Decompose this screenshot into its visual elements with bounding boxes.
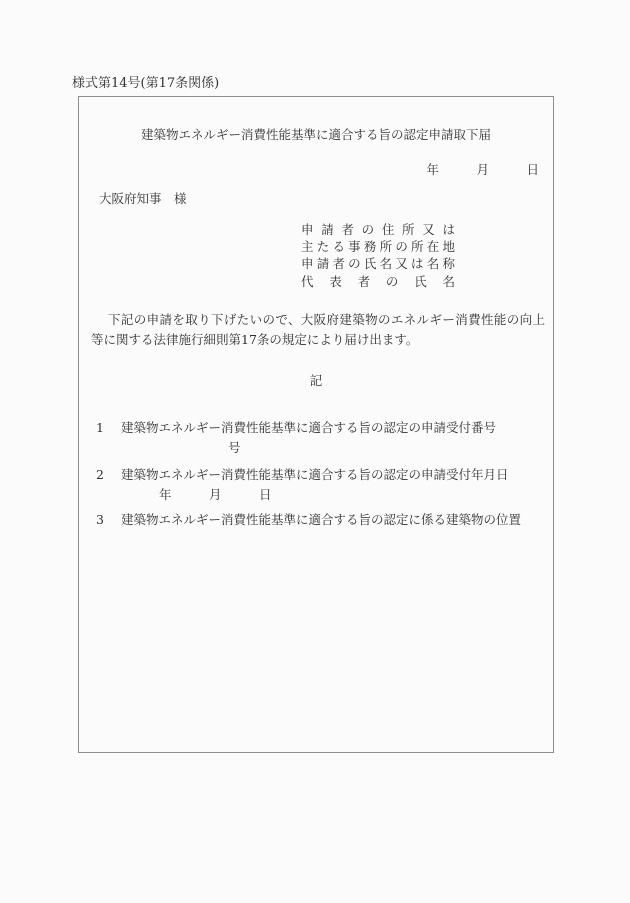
form-sheet: 建築物エネルギー消費性能基準に適合する旨の認定申請取下届 年 月 日 大阪府知事…	[78, 96, 554, 753]
date-line: 年 月 日	[426, 160, 539, 178]
item-1-text: 建築物エネルギー消費性能基準に適合する旨の認定の申請受付番号	[121, 420, 496, 435]
item-1-subline: 号	[228, 438, 241, 456]
item-2-subline: 年 月 日	[159, 485, 272, 503]
applicant-address-label-line2: 主たる事務所の所在地	[301, 238, 455, 255]
list-item-2: 2建築物エネルギー消費性能基準に適合する旨の認定の申請受付年月日	[96, 465, 509, 483]
addressee: 大阪府知事 様	[99, 189, 187, 207]
record-heading: 記	[79, 371, 553, 389]
body-paragraph: 下記の申請を取り下げたいので、大阪府建築物のエネルギー消費性能の向上等に関する法…	[91, 310, 545, 349]
applicant-address-label-line1: 申請者の住所又は	[301, 221, 455, 238]
list-item-1: 1建築物エネルギー消費性能基準に適合する旨の認定の申請受付番号	[96, 418, 496, 436]
item-2-text: 建築物エネルギー消費性能基準に適合する旨の認定の申請受付年月日	[121, 467, 509, 482]
item-2-number: 2	[96, 467, 121, 482]
item-3-number: 3	[96, 512, 121, 527]
form-page: 様式第14号(第17条関係) 建築物エネルギー消費性能基準に適合する旨の認定申請…	[0, 0, 630, 903]
item-1-number: 1	[96, 420, 121, 435]
representative-name-label: 代表者の氏名	[301, 273, 455, 290]
form-title: 建築物エネルギー消費性能基準に適合する旨の認定申請取下届	[79, 125, 553, 143]
form-number-label: 様式第14号(第17条関係)	[72, 72, 219, 91]
list-item-3: 3建築物エネルギー消費性能基準に適合する旨の認定に係る建築物の位置	[96, 510, 521, 528]
applicant-name-label: 申請者の氏名又は名称	[301, 255, 455, 272]
applicant-info-block: 申請者の住所又は 主たる事務所の所在地 申請者の氏名又は名称 代表者の氏名	[301, 221, 455, 290]
item-3-text: 建築物エネルギー消費性能基準に適合する旨の認定に係る建築物の位置	[121, 512, 521, 527]
